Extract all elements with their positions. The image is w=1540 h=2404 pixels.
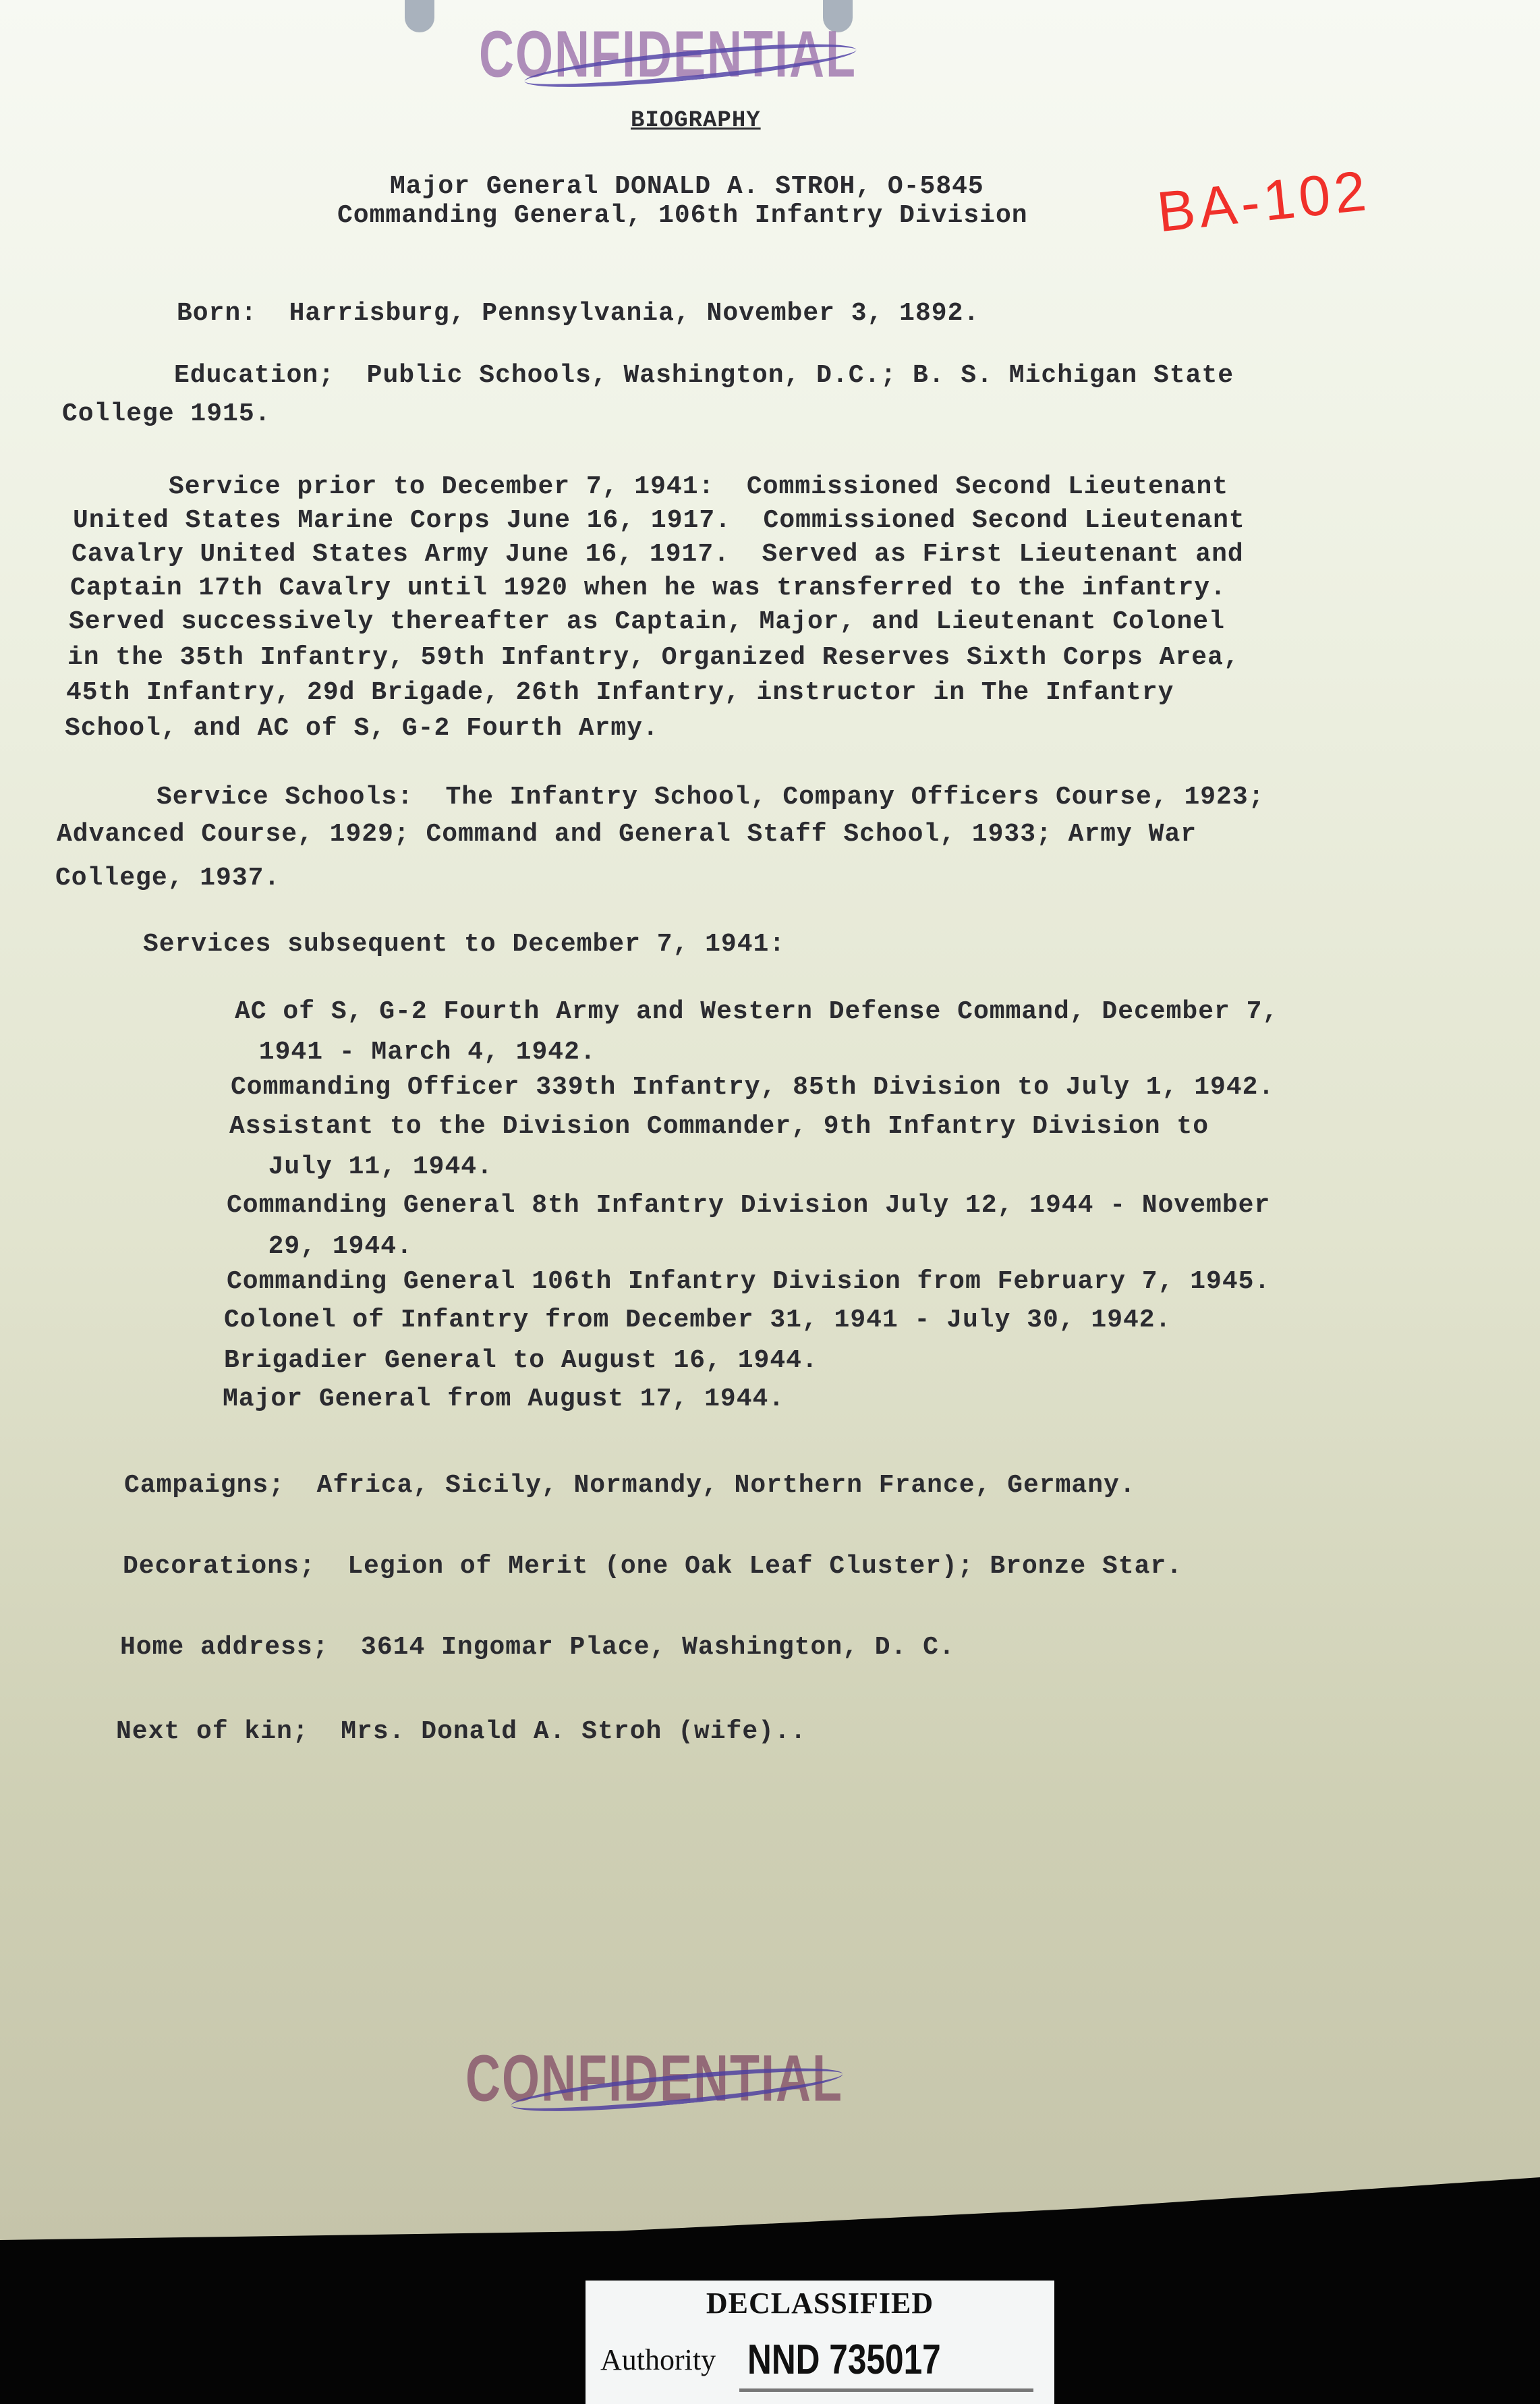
authority-underline — [739, 2388, 1033, 2392]
subject-name: Major General DONALD A. STROH, O-5845 — [390, 172, 984, 201]
decorations-line: Decorations; Legion of Merit (one Oak Le… — [123, 1552, 1182, 1581]
next-of-kin-line: Next of kin; Mrs. Donald A. Stroh (wife)… — [116, 1717, 807, 1746]
authority-label: Authority — [600, 2343, 716, 2377]
services-subsequent-heading: Services subsequent to December 7, 1941: — [143, 930, 785, 959]
list-item: Assistant to the Division Commander, 9th… — [229, 1112, 1209, 1141]
document-page: CONFIDENTIAL BA-102 BIOGRAPHY Major Gene… — [0, 0, 1540, 2240]
declassified-label: DECLASSIFIED Authority NND 735017 — [586, 2281, 1054, 2404]
list-item: AC of S, G-2 Fourth Army and Western Def… — [235, 997, 1278, 1026]
list-item: Commanding Officer 339th Infantry, 85th … — [231, 1073, 1274, 1102]
authority-number: NND 735017 — [747, 2336, 941, 2384]
confidential-stamp-bottom: CONFIDENTIAL — [465, 2042, 843, 2117]
list-item: Commanding General 106th Infantry Divisi… — [227, 1267, 1270, 1296]
subject-position: Commanding General, 106th Infantry Divis… — [337, 201, 1028, 230]
list-item: Brigadier General to August 16, 1944. — [224, 1346, 818, 1375]
punch-hole-left — [405, 0, 434, 32]
document-title: BIOGRAPHY — [631, 108, 761, 134]
education-line-1: Education; Public Schools, Washington, D… — [174, 361, 1234, 390]
handwritten-annotation: BA-102 — [1154, 158, 1373, 246]
education-line-2: College 1915. — [62, 399, 270, 428]
list-item: July 11, 1944. — [236, 1152, 493, 1181]
list-item: Colonel of Infantry from December 31, 19… — [224, 1306, 1171, 1335]
declassified-heading: DECLASSIFIED — [586, 2286, 1054, 2320]
list-item: 1941 - March 4, 1942. — [243, 1038, 596, 1067]
home-address-line: Home address; 3614 Ingomar Place, Washin… — [120, 1633, 955, 1662]
confidential-stamp-top: CONFIDENTIAL — [479, 18, 857, 92]
list-item: 29, 1944. — [236, 1232, 413, 1261]
born-line: Born: Harrisburg, Pennsylvania, November… — [177, 299, 979, 328]
list-item: Commanding General 8th Infantry Division… — [227, 1191, 1270, 1220]
list-item: Major General from August 17, 1944. — [223, 1385, 785, 1414]
campaigns-line: Campaigns; Africa, Sicily, Normandy, Nor… — [124, 1471, 1136, 1500]
